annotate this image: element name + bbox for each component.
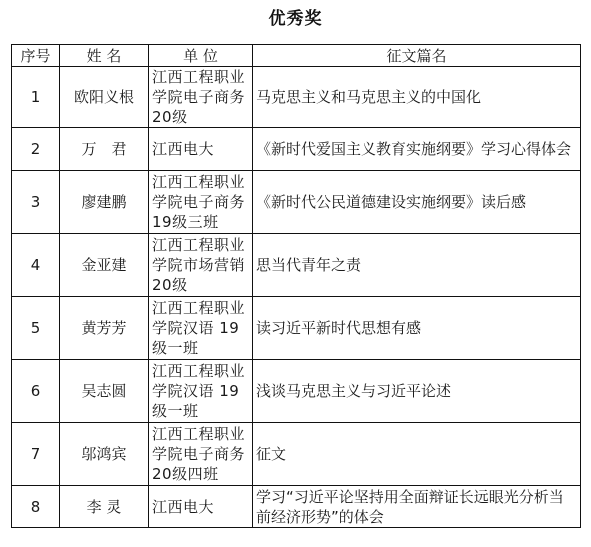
row-unit: 江西电大 bbox=[149, 486, 253, 528]
row-number: 6 bbox=[12, 360, 60, 423]
page-title: 优秀奖 bbox=[0, 4, 591, 29]
table-row: 4金亚建江西工程职业学院市场营销20级思当代青年之责 bbox=[12, 234, 581, 297]
row-name: 邬鸿宾 bbox=[60, 423, 149, 486]
header-name: 姓 名 bbox=[60, 45, 149, 67]
row-essay-title: 《新时代爱国主义教育实施纲要》学习心得体会 bbox=[253, 128, 581, 171]
row-unit: 江西工程职业学院电子商务20级四班 bbox=[149, 423, 253, 486]
row-name: 黄芳芳 bbox=[60, 297, 149, 360]
header-essay-title: 征文篇名 bbox=[253, 45, 581, 67]
row-number: 1 bbox=[12, 67, 60, 128]
row-unit: 江西工程职业学院电子商务20级 bbox=[149, 67, 253, 128]
table-row: 2万 君江西电大《新时代爱国主义教育实施纲要》学习心得体会 bbox=[12, 128, 581, 171]
row-essay-title: 浅谈马克思主义与习近平论述 bbox=[253, 360, 581, 423]
row-unit: 江西工程职业学院汉语 19级一班 bbox=[149, 360, 253, 423]
row-essay-title: 马克思主义和马克思主义的中国化 bbox=[253, 67, 581, 128]
table-row: 7邬鸿宾江西工程职业学院电子商务20级四班征文 bbox=[12, 423, 581, 486]
row-number: 8 bbox=[12, 486, 60, 528]
row-name: 廖建鹏 bbox=[60, 171, 149, 234]
row-unit: 江西工程职业学院汉语 19级一班 bbox=[149, 297, 253, 360]
row-unit: 江西工程职业学院电子商务19级三班 bbox=[149, 171, 253, 234]
row-essay-title: 思当代青年之责 bbox=[253, 234, 581, 297]
row-name: 欧阳义根 bbox=[60, 67, 149, 128]
row-number: 4 bbox=[12, 234, 60, 297]
table-row: 5黄芳芳江西工程职业学院汉语 19级一班读习近平新时代思想有感 bbox=[12, 297, 581, 360]
row-number: 5 bbox=[12, 297, 60, 360]
row-number: 2 bbox=[12, 128, 60, 171]
row-number: 3 bbox=[12, 171, 60, 234]
table-row: 6吴志圆江西工程职业学院汉语 19级一班浅谈马克思主义与习近平论述 bbox=[12, 360, 581, 423]
row-name: 金亚建 bbox=[60, 234, 149, 297]
row-name: 李 灵 bbox=[60, 486, 149, 528]
row-name: 吴志圆 bbox=[60, 360, 149, 423]
table-row: 3廖建鹏江西工程职业学院电子商务19级三班《新时代公民道德建设实施纲要》读后感 bbox=[12, 171, 581, 234]
table-header-row: 序号 姓 名 单 位 征文篇名 bbox=[12, 45, 581, 67]
row-name: 万 君 bbox=[60, 128, 149, 171]
table-row: 8李 灵江西电大学习“习近平论坚持用全面辩证长远眼光分析当前经济形势”的体会 bbox=[12, 486, 581, 528]
row-essay-title: 征文 bbox=[253, 423, 581, 486]
header-no: 序号 bbox=[12, 45, 60, 67]
header-unit: 单 位 bbox=[149, 45, 253, 67]
awards-table: 序号 姓 名 单 位 征文篇名 1欧阳义根江西工程职业学院电子商务20级马克思主… bbox=[11, 44, 581, 528]
row-number: 7 bbox=[12, 423, 60, 486]
table-row: 1欧阳义根江西工程职业学院电子商务20级马克思主义和马克思主义的中国化 bbox=[12, 67, 581, 128]
row-unit: 江西工程职业学院市场营销20级 bbox=[149, 234, 253, 297]
row-essay-title: 读习近平新时代思想有感 bbox=[253, 297, 581, 360]
row-essay-title: 学习“习近平论坚持用全面辩证长远眼光分析当前经济形势”的体会 bbox=[253, 486, 581, 528]
row-essay-title: 《新时代公民道德建设实施纲要》读后感 bbox=[253, 171, 581, 234]
row-unit: 江西电大 bbox=[149, 128, 253, 171]
